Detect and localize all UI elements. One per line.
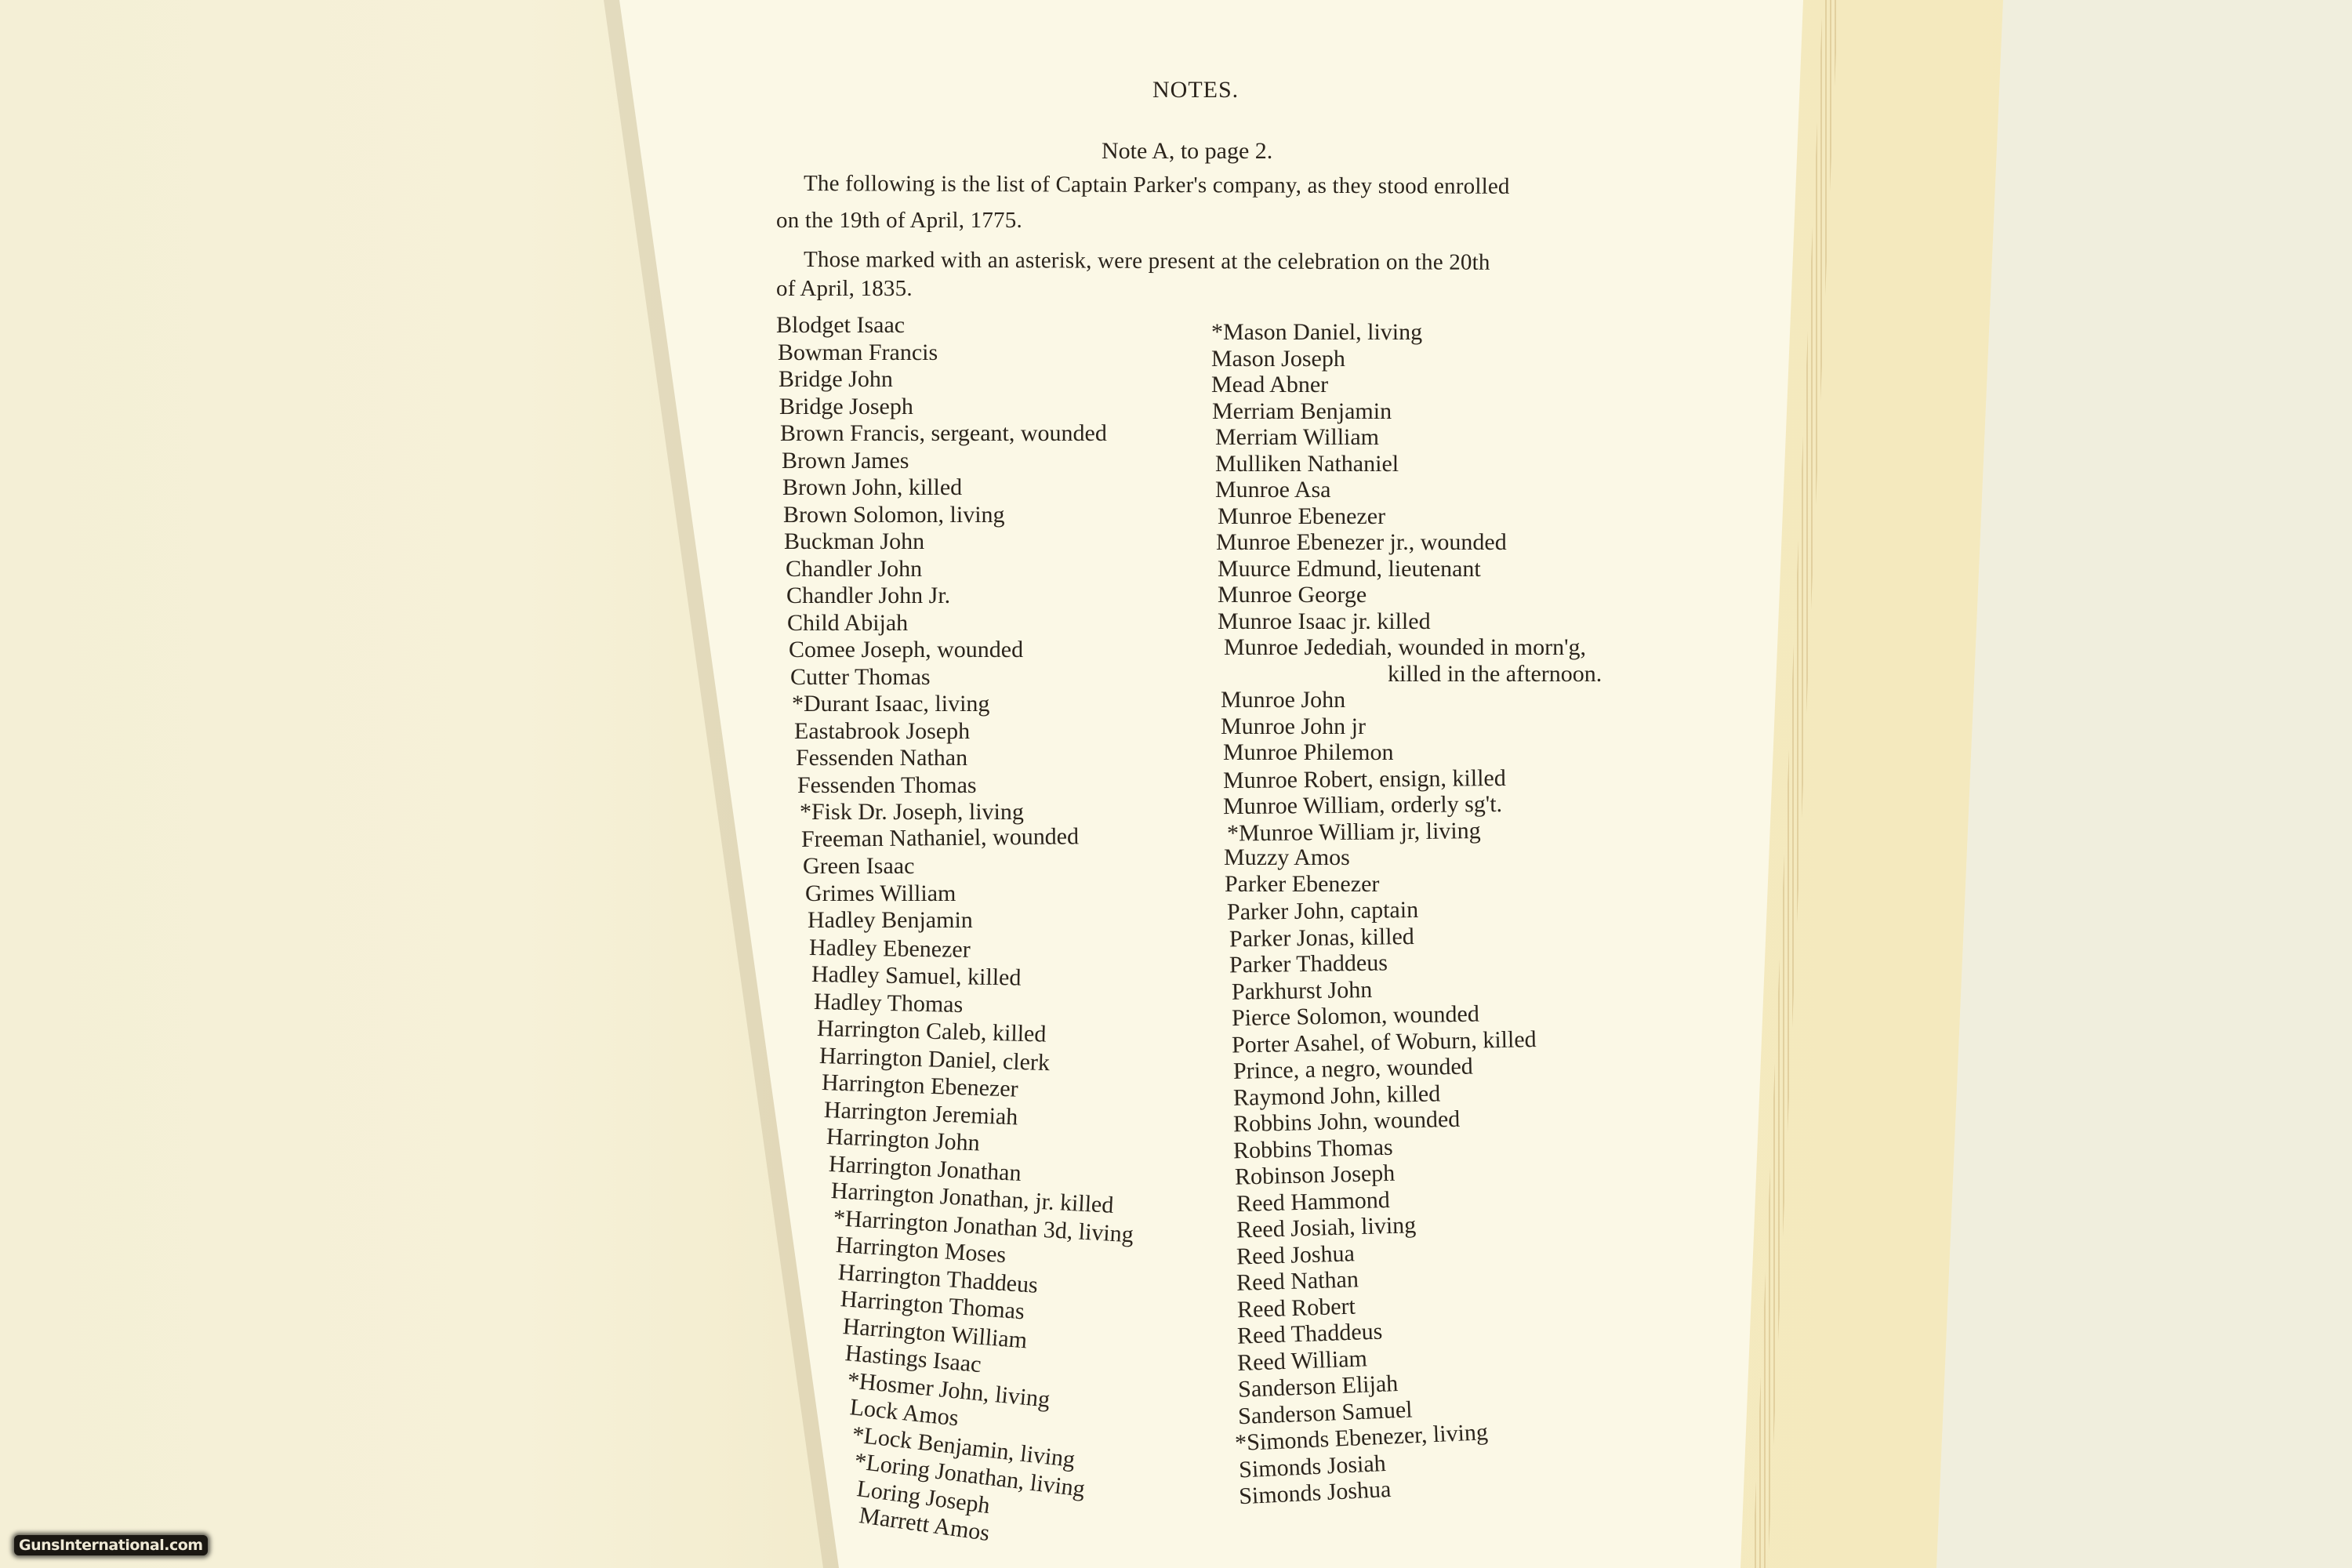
roster-entry: *Durant Isaac, living	[792, 691, 1134, 718]
roster-right-column: *Mason Daniel, living Mason Joseph Mead …	[1211, 319, 1602, 1501]
roster-entry: Merriam William	[1215, 424, 1602, 451]
roster-entry: Freeman Nathaniel, wounded	[801, 822, 1134, 853]
intro-line-3: Those marked with an asterisk, were pres…	[804, 247, 1490, 276]
roster-entry: Munroe Ebenezer	[1218, 503, 1602, 530]
watermark-logo: GunsInternational.com	[14, 1535, 208, 1555]
roster-entry: Munroe John jr	[1221, 713, 1602, 740]
roster-entry: Mead Abner	[1211, 372, 1602, 398]
roster-entry: Brown James	[782, 448, 1134, 475]
roster-entry: Munroe William, orderly sg't.	[1223, 790, 1602, 820]
intro-line-1: The following is the list of Captain Par…	[804, 171, 1510, 200]
roster-entry: Brown Francis, sergeant, wounded	[780, 420, 1134, 448]
roster-entry: Fessenden Nathan	[796, 745, 1134, 772]
roster-entry: Munroe George	[1218, 582, 1602, 608]
roster-entry: *Mason Daniel, living	[1211, 319, 1602, 346]
roster-left-column: Blodget Isaac Bowman Francis Bridge John…	[776, 312, 1134, 1530]
roster-entry: *Munroe William jr, living	[1227, 816, 1602, 847]
roster-entry: *Fisk Dr. Joseph, living	[800, 799, 1134, 826]
roster-entry: Munroe Isaac jr. killed	[1218, 608, 1602, 635]
roster-entry: Muurce Edmund, lieutenant	[1218, 556, 1602, 583]
roster-entry: Parker Ebenezer	[1225, 871, 1602, 898]
roster-entry: Green Isaac	[803, 853, 1134, 880]
roster-entry: Comee Joseph, wounded	[789, 637, 1134, 664]
roster-entry: Merriam Benjamin	[1212, 398, 1602, 425]
page-title: NOTES.	[1152, 77, 1239, 103]
roster-entry: Buckman John	[784, 528, 1134, 556]
intro-line-4: of April, 1835.	[776, 276, 913, 302]
roster-entry: Cutter Thomas	[790, 664, 1134, 691]
roster-entry: Brown John, killed	[782, 474, 1134, 502]
roster-entry: Brown Solomon, living	[783, 502, 1134, 529]
page-content: NOTES. Note A, to page 2. The following …	[0, 0, 2352, 1568]
roster-entry: Munroe Asa	[1215, 477, 1602, 503]
roster-entry: Munroe Ebenezer jr., wounded	[1216, 529, 1602, 556]
note-subtitle: Note A, to page 2.	[1102, 138, 1272, 165]
roster-entry: Muzzy Amos	[1224, 844, 1602, 871]
roster-entry: Mason Joseph	[1211, 346, 1602, 372]
roster-entry: Munroe Philemon	[1223, 739, 1602, 766]
roster-entry-continuation: killed in the afternoon.	[1231, 661, 1602, 688]
roster-entry: Bridge Joseph	[779, 394, 1134, 421]
roster-entry: Blodget Isaac	[776, 312, 1134, 339]
roster-entry: Bridge John	[779, 366, 1134, 394]
roster-entry: Parker John, captain	[1227, 895, 1602, 925]
roster-entry: Mulliken Nathaniel	[1215, 451, 1602, 477]
roster-entry: Eastabrook Joseph	[794, 718, 1134, 746]
roster-entry: Hadley Benjamin	[808, 907, 1134, 935]
intro-line-2: on the 19th of April, 1775.	[776, 208, 1022, 234]
roster-entry: Grimes William	[805, 880, 1134, 908]
roster-entry: Munroe Robert, ensign, killed	[1223, 764, 1602, 793]
roster-entry: Bowman Francis	[778, 339, 1134, 367]
roster-entry: Child Abijah	[787, 610, 1134, 637]
roster-entry: Munroe John	[1221, 687, 1602, 713]
roster-entry: Hadley Ebenezer	[809, 935, 1134, 966]
roster-entry: Chandler John	[786, 556, 1134, 583]
roster-entry: Fessenden Thomas	[797, 772, 1134, 800]
roster-entry: Munroe Jedediah, wounded in morn'g,	[1224, 634, 1602, 661]
roster-entry: Chandler John Jr.	[786, 583, 1134, 610]
